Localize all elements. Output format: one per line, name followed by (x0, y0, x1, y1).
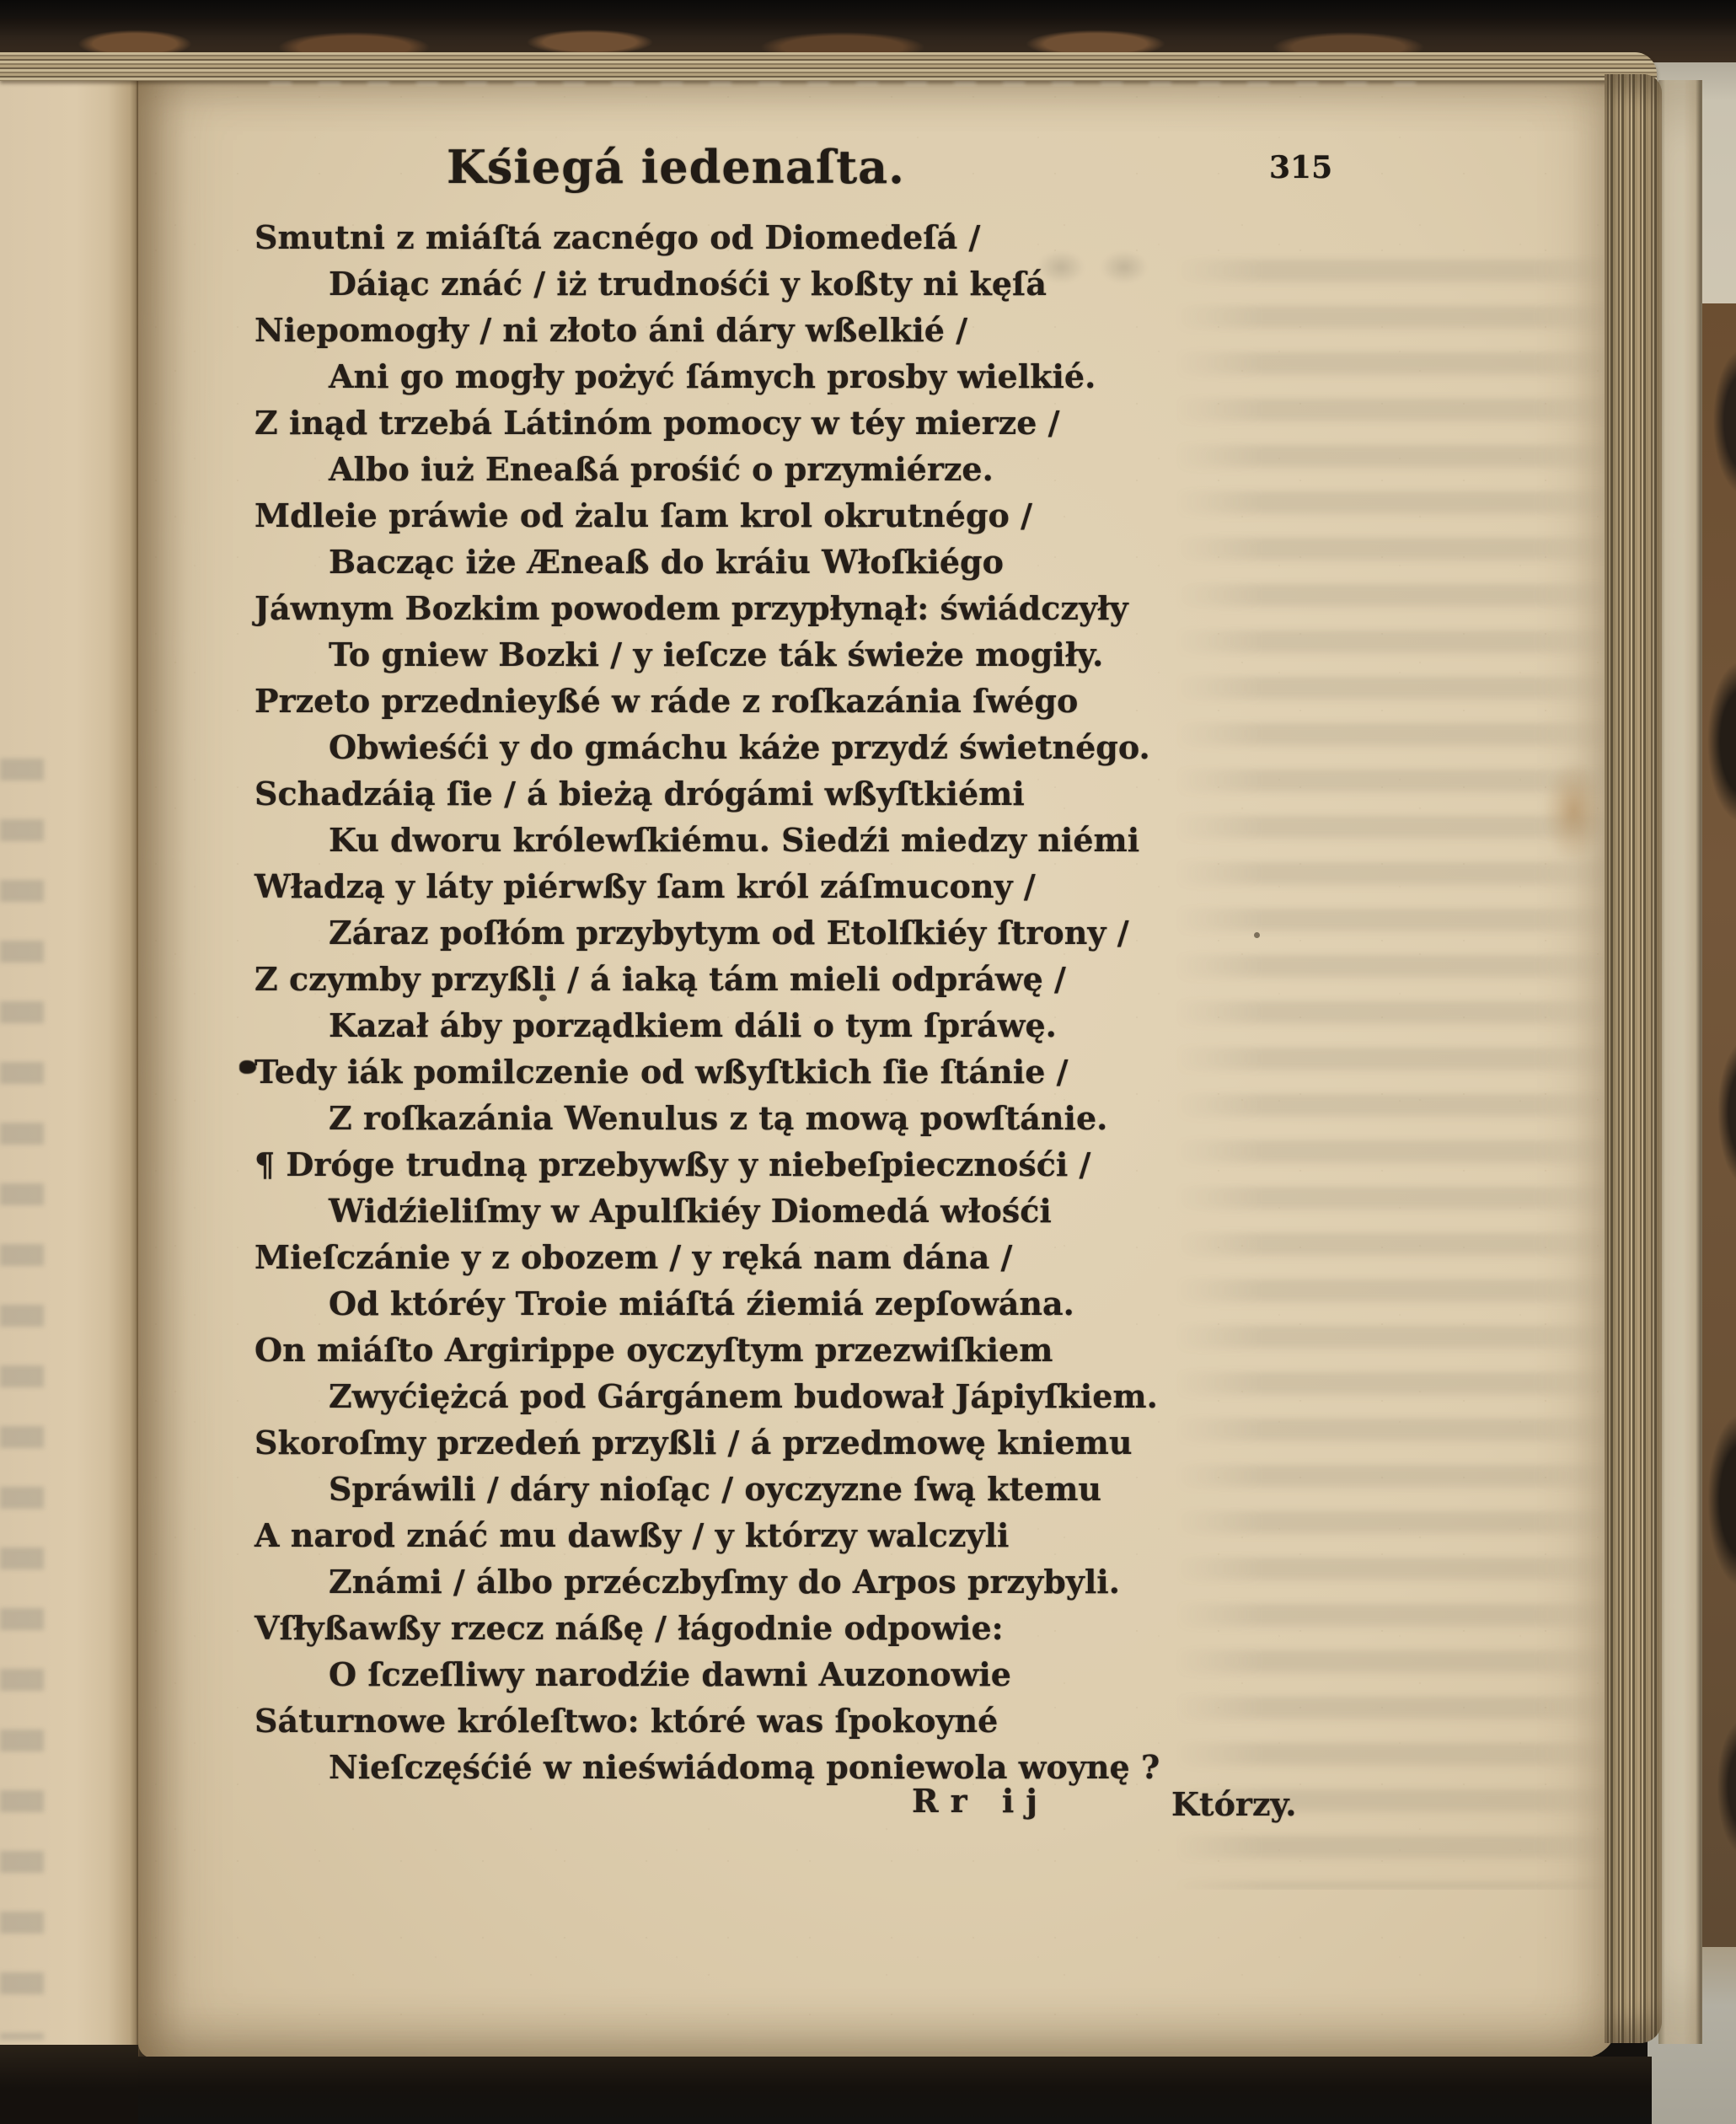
paper-speck (539, 995, 547, 1001)
poem-line: Mieſczánie y z obozem / y ręká nam dána … (255, 1234, 1485, 1280)
page-stack-top-edge (0, 52, 1657, 81)
marbled-cover-board (1701, 303, 1736, 1947)
poem-line: Bacząc iże Æneaß do kráiu Włoſkiégo (255, 539, 1485, 585)
poem-line: O ſczeſliwy narodźie dawni Auzonowie (255, 1651, 1485, 1698)
quire-signature: Rr ij (912, 1782, 1049, 1820)
paper-speck (1254, 932, 1260, 938)
poem-line: Niepomogły / ni złoto áni dáry wßelkié / (255, 307, 1485, 353)
bottom-scan-shadow-left (0, 2045, 138, 2124)
poem-line: Vſłyßawßy rzecz náßę / łágodnie odpowie: (255, 1605, 1485, 1651)
ink-blot (239, 1060, 256, 1074)
catchword: Którzy. (1171, 1785, 1296, 1823)
page-number: 315 (1269, 150, 1332, 185)
poem-line: Ani go mogły pożyć ſámych prosby wielkié… (255, 353, 1485, 400)
poem-line: Kazał áby porządkiem dáli o tym ſpráwę. (255, 1002, 1485, 1049)
bottom-scan-shadow (0, 2057, 1652, 2124)
poem-line: Od któréy Troie miáſtá źiemiá zepſowána. (255, 1280, 1485, 1327)
poem-line: Ku dworu królewſkiému. Siedźi miedzy nié… (255, 817, 1485, 863)
poem-line: Widźieliſmy w Apulſkiéy Diomedá włośći (255, 1188, 1485, 1234)
facing-leaf-gutter (0, 47, 138, 2048)
poem: Smutni z miáſtá zacnégo od Diomedeſá /Dá… (255, 214, 1485, 1790)
poem-line: Przeto przednieyßé w ráde z roſkazánia ſ… (255, 678, 1485, 724)
poem-line: To gniew Bozki / y ieſcze ták świeże mog… (255, 631, 1485, 678)
poem-line: A narod znáć mu dawßy / y którzy walczyl… (255, 1512, 1485, 1558)
poem-line: Jáwnym Bozkim powodem przypłynął: świádc… (255, 585, 1485, 631)
poem-line: Skoroſmy przedeń przyßli / á przedmowę k… (255, 1419, 1485, 1466)
poem-line: Zwyćiężcá pod Gárgánem budował Jápiyſkie… (255, 1373, 1485, 1419)
poem-line: Z inąd trzebá Látinóm pomocy w téy mierz… (255, 400, 1485, 446)
book-scan: Kśiegá iedenaſta. 315 Smutni z miáſtá za… (0, 0, 1736, 2124)
poem-line: Tedy iák pomilczenie od wßyſtkich ſie ſt… (255, 1049, 1485, 1095)
book-page: Kśiegá iedenaſta. 315 Smutni z miáſtá za… (138, 69, 1618, 2058)
chapter-heading: Kśiegá iedenaſta. (447, 140, 905, 194)
poem-line: Spráwili / dáry nioſąc / oyczyzne ſwą kt… (255, 1466, 1485, 1512)
poem-line: Obwieśći y do gmáchu káże przydź świetné… (255, 724, 1485, 770)
poem-line: Z roſkazánia Wenulus z tą mową powſtánie… (255, 1095, 1485, 1141)
poem-line: Z czymby przyßli / á iaką tám mieli odpr… (255, 956, 1485, 1002)
poem-line: Nieſczęśćié w nieświádomą poniewola woyn… (255, 1744, 1485, 1790)
poem-line: Albo iuż Eneaßá prośić o przymiérze. (255, 446, 1485, 492)
poem-line: Dáiąc znáć / iż trudnośći y koßty ni kęſ… (255, 260, 1485, 307)
page-stack-fore-edge (1605, 74, 1662, 2043)
poem-line: Záraz poſłóm przybytym od Etolſkiéy ſtro… (255, 909, 1485, 956)
poem-line: Władzą y láty piérwßy ſam król záſmucony… (255, 863, 1485, 909)
poem-line: Schadzáią ſie / á bieżą drógámi wßyſtkié… (255, 770, 1485, 817)
poem-line: Smutni z miáſtá zacnégo od Diomedeſá / (255, 214, 1485, 260)
poem-line: Sáturnowe króleſtwo: któré was ſpokoyné (255, 1698, 1485, 1744)
poem-line: On miáſto Argirippe oyczyſtym przezwiſki… (255, 1327, 1485, 1373)
poem-line: ¶ Dróge trudną przebywßy y niebeſpieczno… (255, 1141, 1485, 1188)
poem-line: Mdleie práwie od żalu ſam krol okrutnégo… (255, 492, 1485, 539)
endpaper-edge (1658, 80, 1702, 2044)
printed-content: Kśiegá iedenaſta. 315 Smutni z miáſtá za… (138, 69, 1618, 2058)
poem-line: Známi / álbo przéczbyſmy do Arpos przyby… (255, 1558, 1485, 1605)
